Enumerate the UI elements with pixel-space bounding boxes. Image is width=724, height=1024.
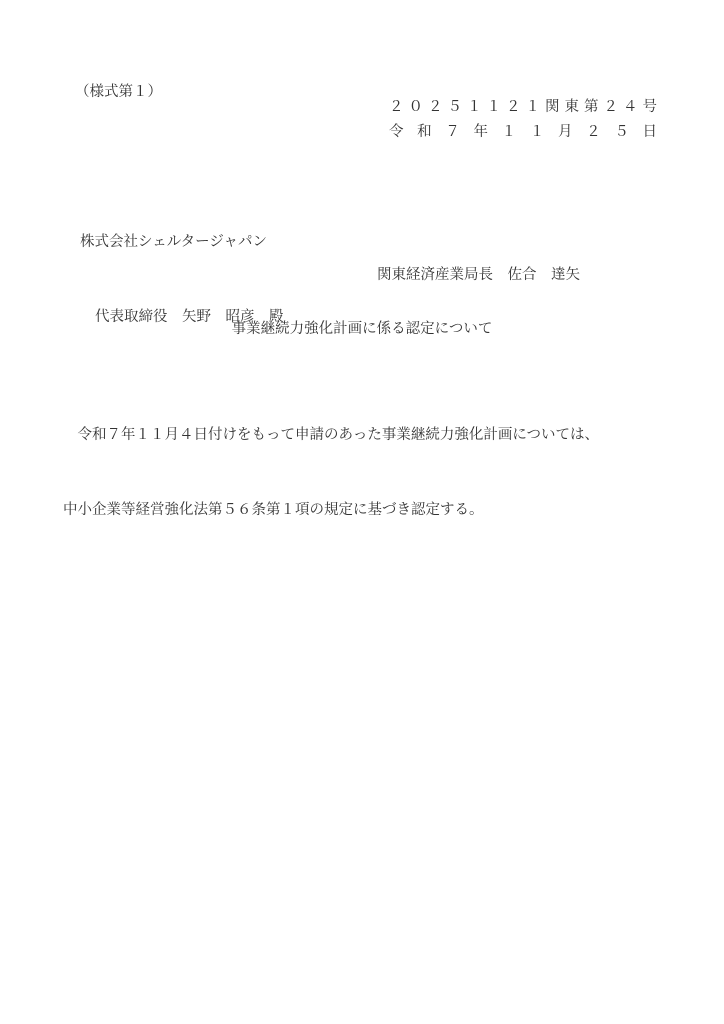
subject-title: 事業継続力強化計画に係る認定について xyxy=(0,317,724,342)
body-paragraph: 令和７年１１月４日付けをもって申請のあった事業継続力強化計画については、 中小企… xyxy=(63,373,673,573)
addressee-block: 株式会社シェルタージャパン 代表取締役 矢野 昭彦 殿 xyxy=(80,180,284,380)
body-line-1: 令和７年１１月４日付けをもって申請のあった事業継続力強化計画については、 xyxy=(63,423,673,448)
reference-block: ２０２５１１２１関東第２４号 令和７年１１月２５日 xyxy=(389,95,657,145)
reference-number: ２０２５１１２１関東第２４号 xyxy=(389,95,657,120)
document-page: （様式第１） ２０２５１１２１関東第２４号 令和７年１１月２５日 株式会社シェル… xyxy=(0,0,724,1024)
issuer-name: 関東経済産業局長 佐合 達矢 xyxy=(377,263,580,288)
form-label: （様式第１） xyxy=(75,80,162,105)
body-line-2: 中小企業等経営強化法第５６条第１項の規定に基づき認定する。 xyxy=(63,498,673,523)
issue-date: 令和７年１１月２５日 xyxy=(389,120,657,145)
addressee-company: 株式会社シェルタージャパン xyxy=(80,230,284,255)
